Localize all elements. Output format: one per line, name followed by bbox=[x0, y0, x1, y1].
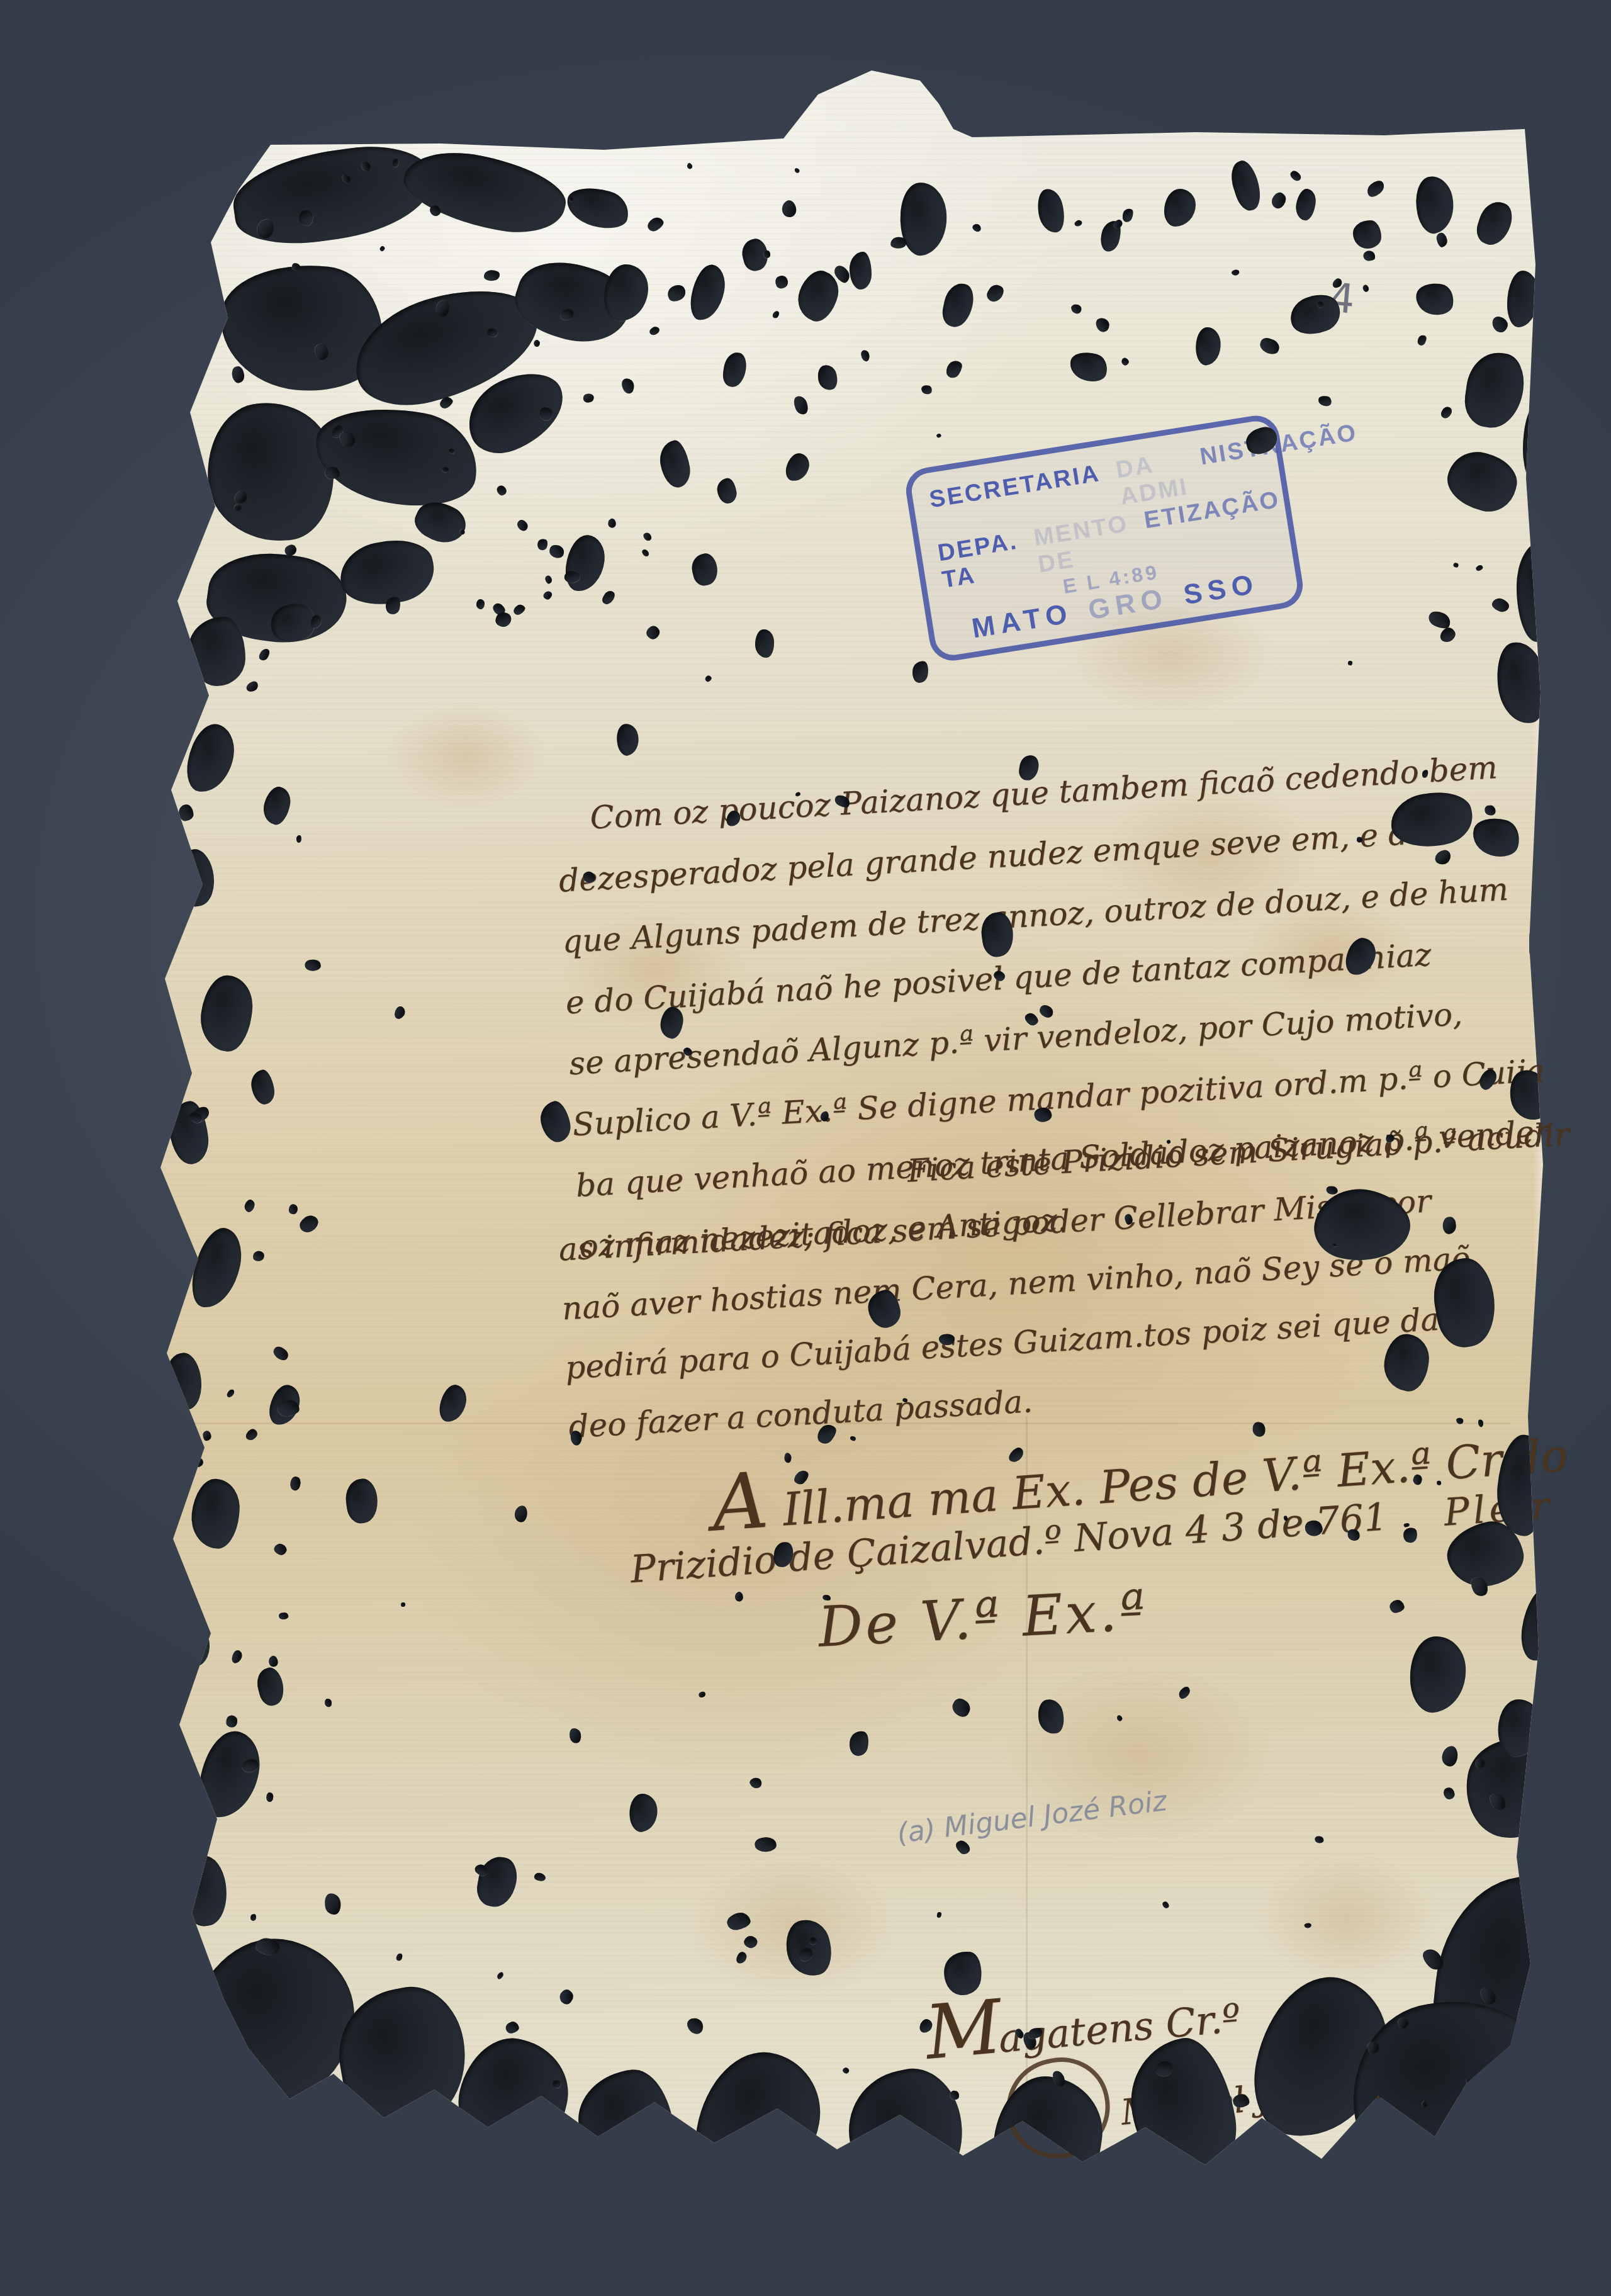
worm-speck bbox=[165, 1804, 170, 1809]
foxing-stain bbox=[692, 1857, 894, 1995]
worm-speck bbox=[251, 2073, 258, 2078]
dateline-flourish: Pleir bbox=[1442, 1483, 1554, 1535]
page-number: 4 bbox=[1327, 274, 1357, 323]
photograph-of-manuscript: SECRETARIA DA ADMI NISTRAÇÃO DEPA. TA ME… bbox=[0, 0, 1611, 2296]
stamp-text: SECRETARIA bbox=[928, 460, 1103, 514]
paragraph-2: Fica este Prizidio sem Sirugiaõ p.ª acud… bbox=[554, 1105, 1584, 1456]
foxing-stain bbox=[1259, 1857, 1435, 1983]
foxing-stain bbox=[390, 705, 541, 806]
worm-speck bbox=[167, 1740, 179, 1752]
